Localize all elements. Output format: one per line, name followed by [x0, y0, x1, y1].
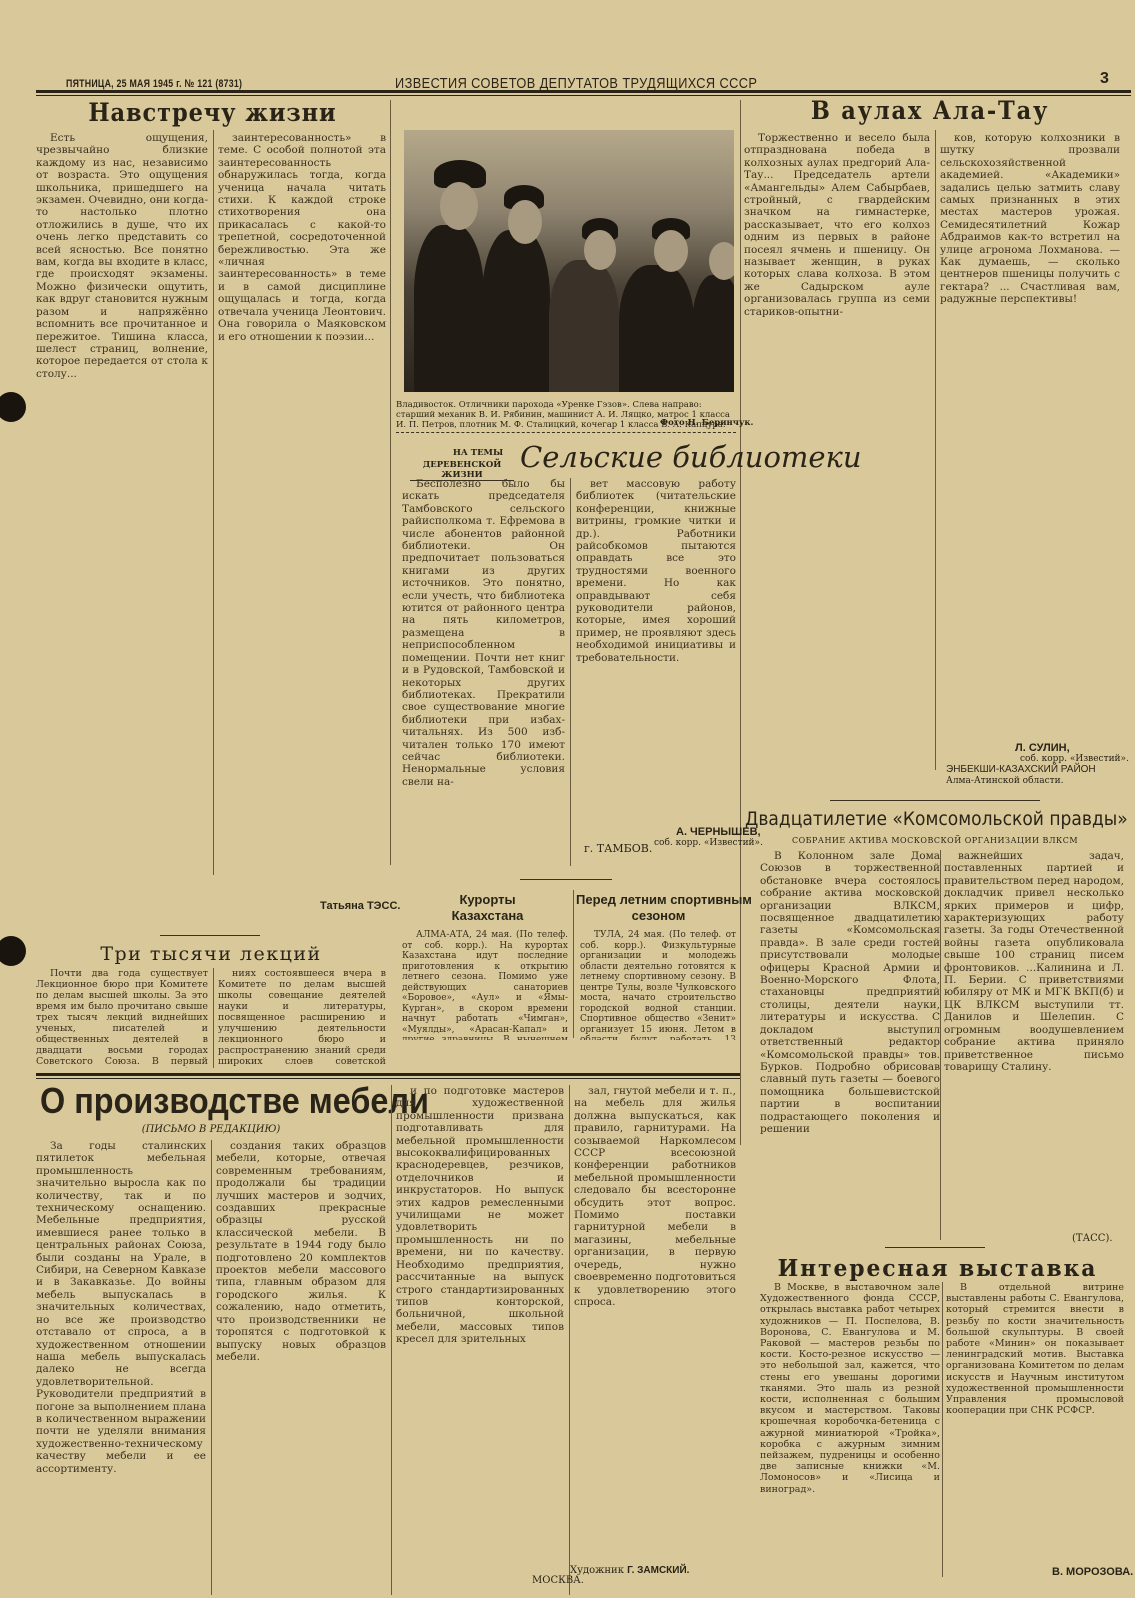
- issue-date: ПЯТНИЦА, 25 МАЯ 1945 г. № 121 (8731): [66, 78, 242, 90]
- article-vystavka-col1: В Москве, в выставочном зале Художествен…: [760, 1282, 940, 1582]
- dateline-district: ЭНБЕКШИ-КАЗАХСКИЙ РАЙОН: [946, 764, 1096, 775]
- signature-sulin: Л. СУЛИН,: [1015, 742, 1070, 754]
- dateline-tambov: г. ТАМБОВ.: [584, 842, 652, 855]
- column-divider: [942, 1282, 943, 1577]
- dateline-moskva: МОСКВА.: [532, 1575, 584, 1586]
- article-mebel-col2: создания таких образцов мебели, которые,…: [216, 1140, 386, 1595]
- subhead-mebel: (ПИСЬМО В РЕДАКЦИЮ): [36, 1124, 386, 1135]
- signature-role: соб. корр. «Известий».: [1020, 754, 1129, 764]
- page-number: 3: [1100, 70, 1109, 88]
- dateline-region: Алма-Атинской области.: [946, 776, 1063, 786]
- article-navstrechu-col1: Есть ощущения, чрезвычайно близкие каждо…: [36, 132, 208, 872]
- column-divider: [935, 130, 936, 770]
- column-divider: [740, 100, 741, 1145]
- article-mebel-col1: За годы сталинских пятилеток мебельная п…: [36, 1140, 206, 1595]
- source-tass: (ТАСС).: [1072, 1233, 1113, 1244]
- divider: [396, 432, 736, 433]
- article-mebel-col4: зал, гнутой мебели и т. п., на мебель дл…: [574, 1085, 736, 1555]
- signature-mebel: Художник Г. ЗАМСКИЙ.: [570, 1565, 689, 1576]
- divider: [160, 935, 260, 936]
- headline-vystavka: Интересная выставка: [755, 1255, 1121, 1282]
- headline-biblioteki: Сельские библиотеки: [520, 440, 740, 474]
- article-lectures-col2: ниях состоявшееся вчера в Комитете по де…: [218, 968, 386, 1068]
- punch-hole: [0, 392, 26, 422]
- article-lectures-col1: Почти два года существует Лекционное бюр…: [36, 968, 208, 1068]
- headline-sport: Перед летним спортивным сезоном: [576, 892, 741, 924]
- column-divider: [211, 1140, 212, 1595]
- photo-credit: Фото Н. Беринчук.: [660, 418, 753, 428]
- article-vystavka-col2: В отдельной витрине выставлены работы С.…: [946, 1282, 1124, 1562]
- column-divider: [391, 1085, 392, 1595]
- headline-aulakh: В аулах Ала-Тау: [768, 96, 1092, 125]
- punch-hole: [0, 936, 26, 966]
- photo-sailors: [404, 130, 734, 392]
- article-aulakh-col1: Торжественно и весело была отпразднована…: [744, 132, 930, 767]
- column-divider: [573, 890, 574, 1038]
- column-divider: [213, 968, 214, 1068]
- section-rule: [36, 1073, 740, 1079]
- divider: [885, 1247, 985, 1248]
- article-komsomol-col1: В Колонном зале Дома Союзов в торжествен…: [760, 850, 940, 1240]
- article-komsomol-col2: важнейших задач, поставленных партией и …: [944, 850, 1124, 1235]
- column-divider: [390, 100, 391, 865]
- signature-tess: Татьяна ТЭСС.: [320, 900, 400, 912]
- article-kurorty: АЛМА-АТА, 24 мая. (По телеф. от соб. кор…: [402, 930, 568, 1040]
- article-aulakh-col2: ков, которую колхозники в шутку прозвали…: [940, 132, 1120, 737]
- headline-komsomol: Двадцатилетие «Комсомольской правды»: [745, 808, 1092, 830]
- signature-morozova: В. МОРОЗОВА.: [1052, 1566, 1133, 1578]
- article-biblioteki-col2: вет массовую работу библиотек (читательс…: [576, 478, 736, 823]
- headline-lectures: Три тысячи лекций: [36, 943, 386, 965]
- column-divider: [213, 130, 214, 875]
- rubric-line1: НА ТЕМЫ: [433, 448, 523, 458]
- article-biblioteki-col1: Бесполезно было бы искать председателя Т…: [402, 478, 565, 863]
- headline-mebel: О производстве мебели: [40, 1080, 346, 1122]
- article-navstrechu-col2: заинтересованность» в теме. С особой пол…: [218, 132, 386, 827]
- headline-kurorty: Курорты Казахстана: [400, 892, 575, 924]
- column-divider: [940, 850, 941, 1240]
- divider: [520, 879, 612, 880]
- divider: [830, 800, 1040, 801]
- article-sport: ТУЛА, 24 мая. (По телеф. от соб. корр.).…: [580, 930, 736, 1040]
- column-divider: [570, 478, 571, 866]
- subhead-komsomol: СОБРАНИЕ АКТИВА МОСКОВСКОЙ ОРГАНИЗАЦИИ В…: [745, 836, 1125, 845]
- column-divider: [569, 1085, 570, 1595]
- headline-navstrechu: Навстречу жизни: [57, 98, 368, 127]
- article-mebel-col3: и по подготовке мастеров для художествен…: [396, 1085, 564, 1595]
